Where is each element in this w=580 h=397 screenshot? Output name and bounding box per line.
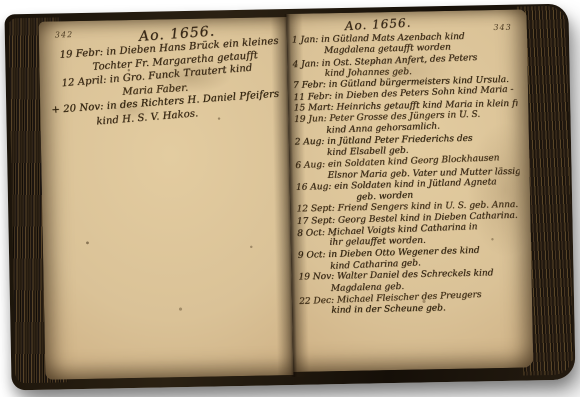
- open-book: 342 Ao. 1656. 19 Febr: in Dieben Hans Br…: [4, 4, 575, 391]
- right-page: 343 Ao. 1656. 1 Jan: in Gütland Mats Aze…: [286, 9, 533, 372]
- left-page-entries: 19 Febr: in Dieben Hans Brück ein kleine…: [59, 33, 284, 130]
- right-page-entries: 1 Jan: in Gütland Mats Azenbach kindMagd…: [292, 30, 524, 319]
- left-page: 342 Ao. 1656. 19 Febr: in Dieben Hans Br…: [39, 17, 294, 380]
- manuscript-photo: 342 Ao. 1656. 19 Febr: in Dieben Hans Br…: [0, 0, 580, 397]
- left-page-number: 342: [55, 30, 73, 39]
- right-page-year-heading: Ao. 1656.: [344, 15, 411, 33]
